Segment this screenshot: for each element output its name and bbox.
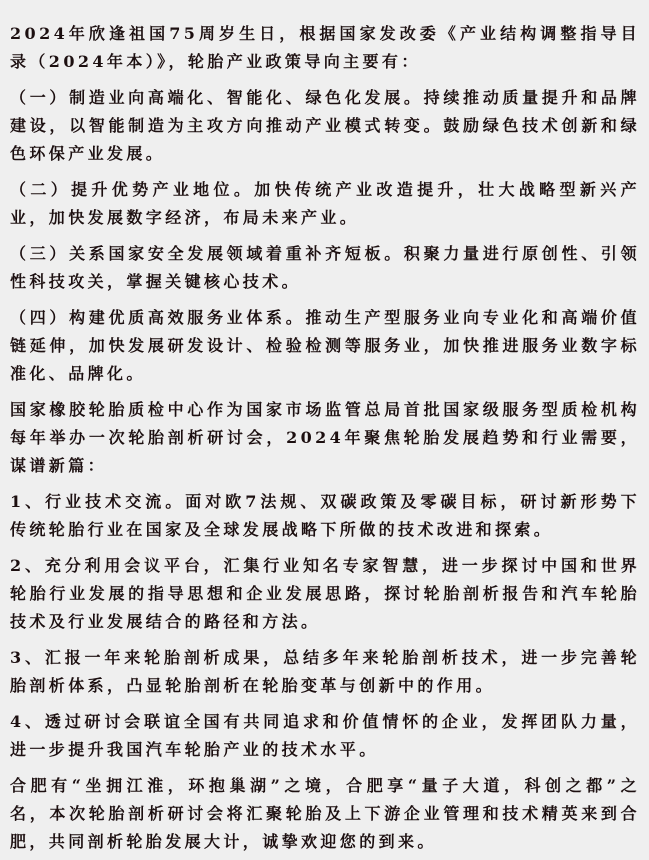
policy-item-3: （三）关系国家安全发展领域着重补齐短板。积聚力量进行原创性、引领性科技攻关，掌握… (10, 240, 640, 296)
policy-item-4: （四）构建优质高效服务业体系。推动生产型服务业向专业化和高端价值链延伸，加快发展… (10, 304, 640, 388)
seminar-goal-2: 2、充分利用会议平台，汇集行业知名专家智慧，进一步探讨中国和世界轮胎行业发展的指… (10, 552, 640, 636)
seminar-goal-3: 3、汇报一年来轮胎剖析成果，总结多年来轮胎剖析技术，进一步完善轮胎剖析体系，凸显… (10, 644, 640, 700)
seminar-goal-4: 4、透过研讨会联谊全国有共同追求和价值情怀的企业，发挥团队力量，进一步提升我国汽… (10, 708, 640, 764)
policy-item-2: （二）提升优势产业地位。加快传统产业改造提升，壮大战略型新兴产业，加快发展数字经… (10, 176, 640, 232)
seminar-goal-1: 1、行业技术交流。面对欧7法规、双碳政策及零碳目标，研讨新形势下传统轮胎行业在国… (10, 488, 640, 544)
closing-paragraph: 合肥有“坐拥江淮，环抱巢湖”之境，合肥享“量子大道，科创之都”之名，本次轮胎剖析… (10, 772, 640, 856)
seminar-intro-paragraph: 国家橡胶轮胎质检中心作为国家市场监管总局首批国家级服务型质检机构每年举办一次轮胎… (10, 396, 640, 480)
article-body: 2024年欣逢祖国75周岁生日，根据国家发改委《产业结构调整指导目录（2024年… (10, 20, 640, 860)
intro-paragraph: 2024年欣逢祖国75周岁生日，根据国家发改委《产业结构调整指导目录（2024年… (10, 20, 640, 76)
policy-item-1: （一）制造业向高端化、智能化、绿色化发展。持续推动质量提升和品牌建设，以智能制造… (10, 84, 640, 168)
